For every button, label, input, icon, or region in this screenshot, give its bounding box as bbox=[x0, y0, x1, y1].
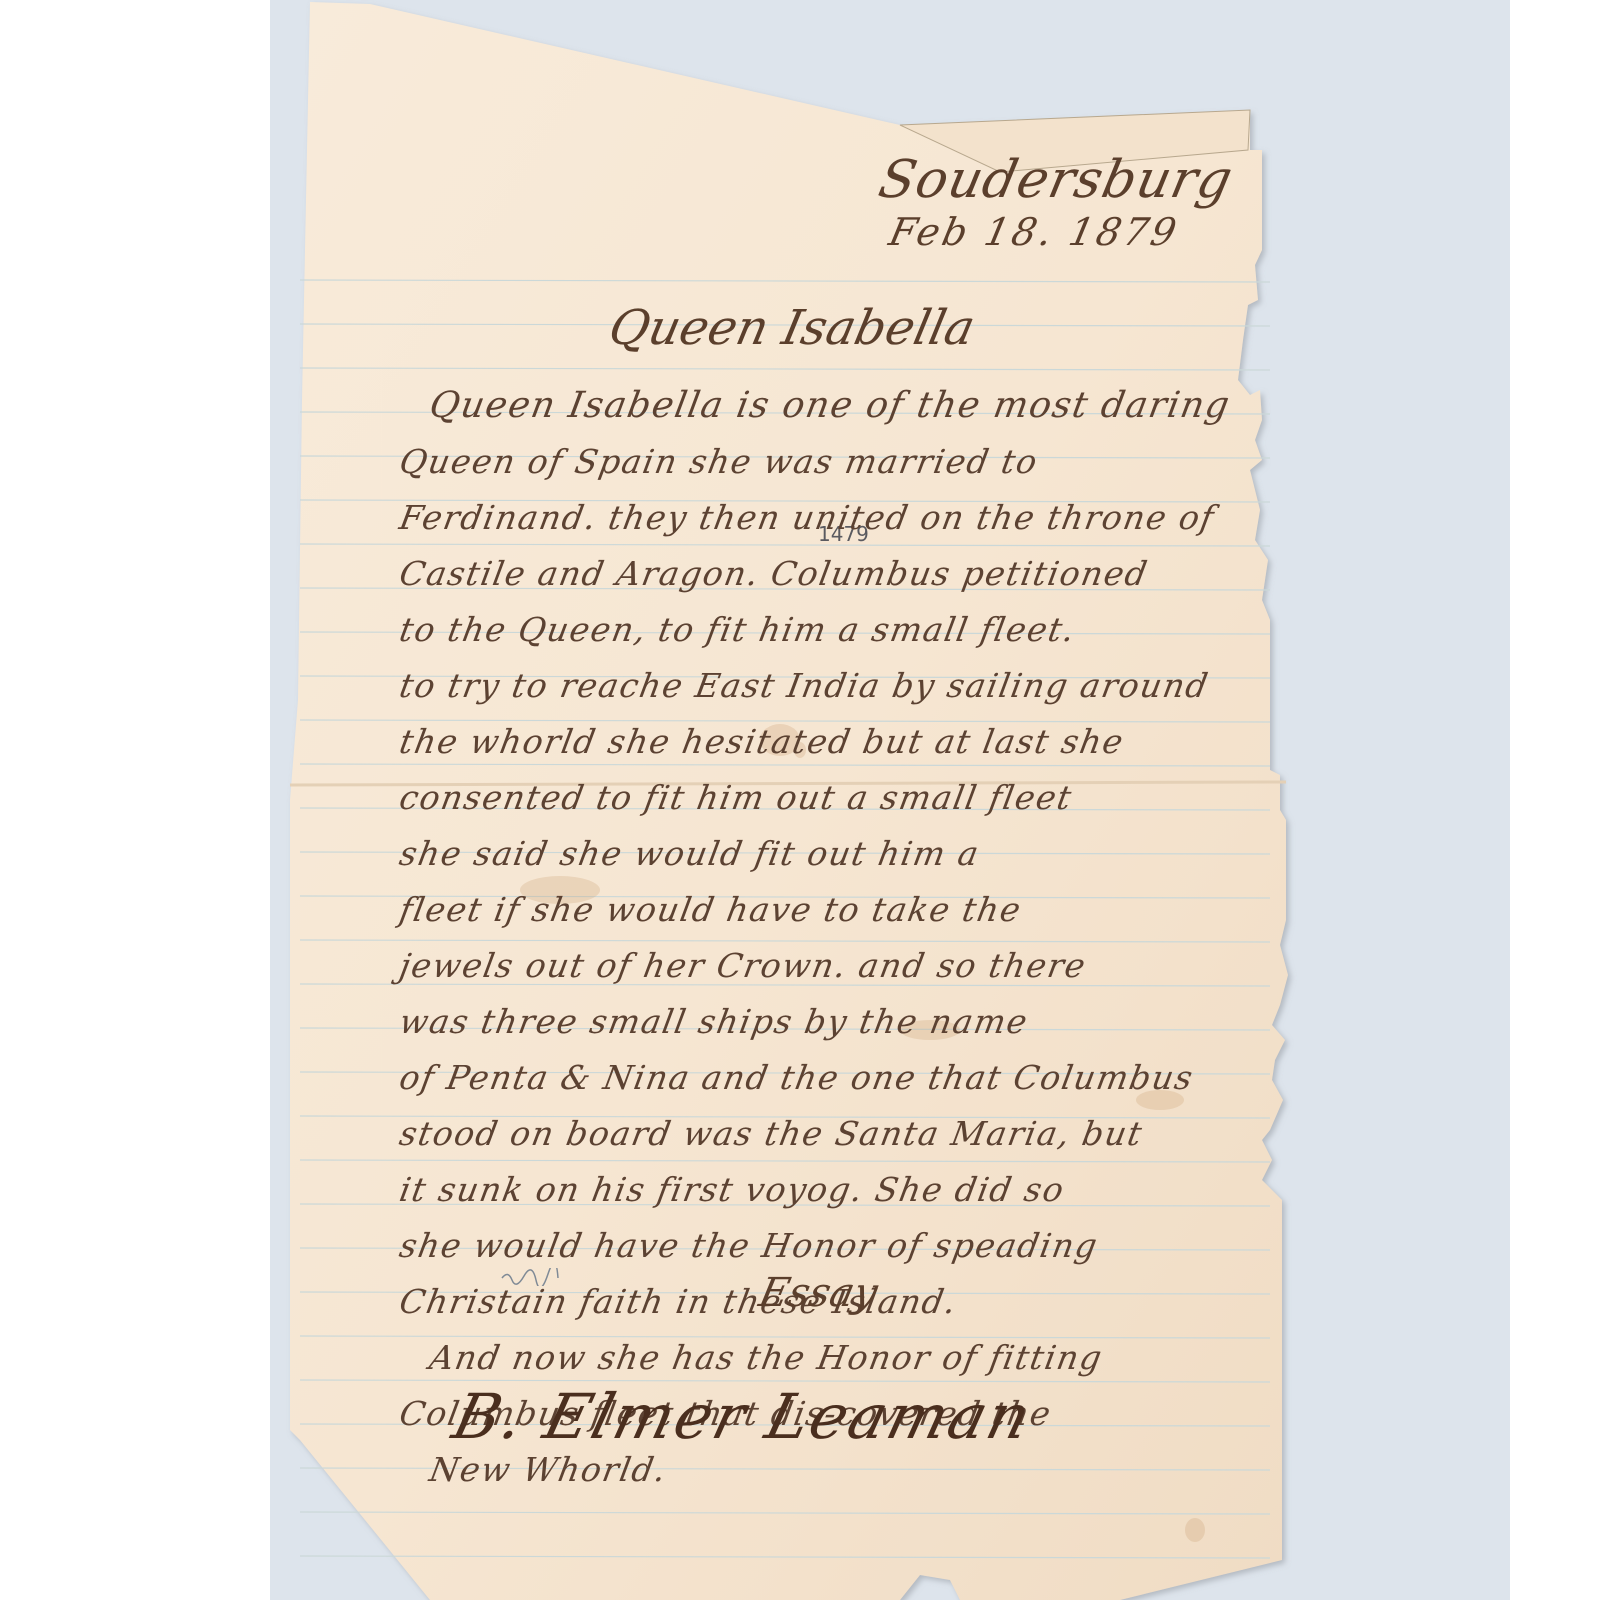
essay-line: she would have the Honor of speading bbox=[395, 1218, 1265, 1274]
essay-line: Queen of Spain she was married to bbox=[395, 434, 1265, 490]
essay-closing: Essay bbox=[755, 1270, 881, 1316]
handwritten-content: Soudersburg Feb 18. 1879 Queen Isabella … bbox=[0, 0, 1600, 1600]
essay-line: fleet if she would have to take the bbox=[395, 882, 1265, 938]
essay-line: jewels out of her Crown. and so there bbox=[395, 938, 1265, 994]
pencil-scribble-icon bbox=[500, 1268, 560, 1286]
essay-line: Ferdinand. they then united on the thron… bbox=[395, 490, 1265, 546]
essay-line: to the Queen, to fit him a small fleet. bbox=[395, 602, 1265, 658]
author-signature: B. Elmer Leaman bbox=[446, 1380, 1040, 1453]
essay-line: of Penta & Nina and the one that Columbu… bbox=[395, 1050, 1265, 1106]
essay-title: Queen Isabella bbox=[604, 300, 980, 356]
essay-line: Castile and Aragon. Columbus petitioned bbox=[395, 546, 1265, 602]
essay-body: Queen Isabella is one of the most daring… bbox=[400, 378, 1260, 1498]
essay-line: And now she has the Honor of fitting bbox=[395, 1330, 1265, 1386]
essay-line: consented to fit him out a small fleet bbox=[395, 770, 1265, 826]
essay-line: to try to reache East India by sailing a… bbox=[395, 658, 1265, 714]
essay-line: Queen Isabella is one of the most daring bbox=[395, 378, 1265, 434]
letter-place: Soudersburg bbox=[874, 150, 1239, 210]
letter-date: Feb 18. 1879 bbox=[885, 210, 1183, 254]
essay-line: the whorld she hesitated but at last she bbox=[395, 714, 1265, 770]
essay-line: was three small ships by the name bbox=[395, 994, 1265, 1050]
essay-line: it sunk on his first voyog. She did so bbox=[395, 1162, 1265, 1218]
essay-line: she said she would fit out him a bbox=[395, 826, 1265, 882]
essay-line: stood on board was the Santa Maria, but bbox=[395, 1106, 1265, 1162]
